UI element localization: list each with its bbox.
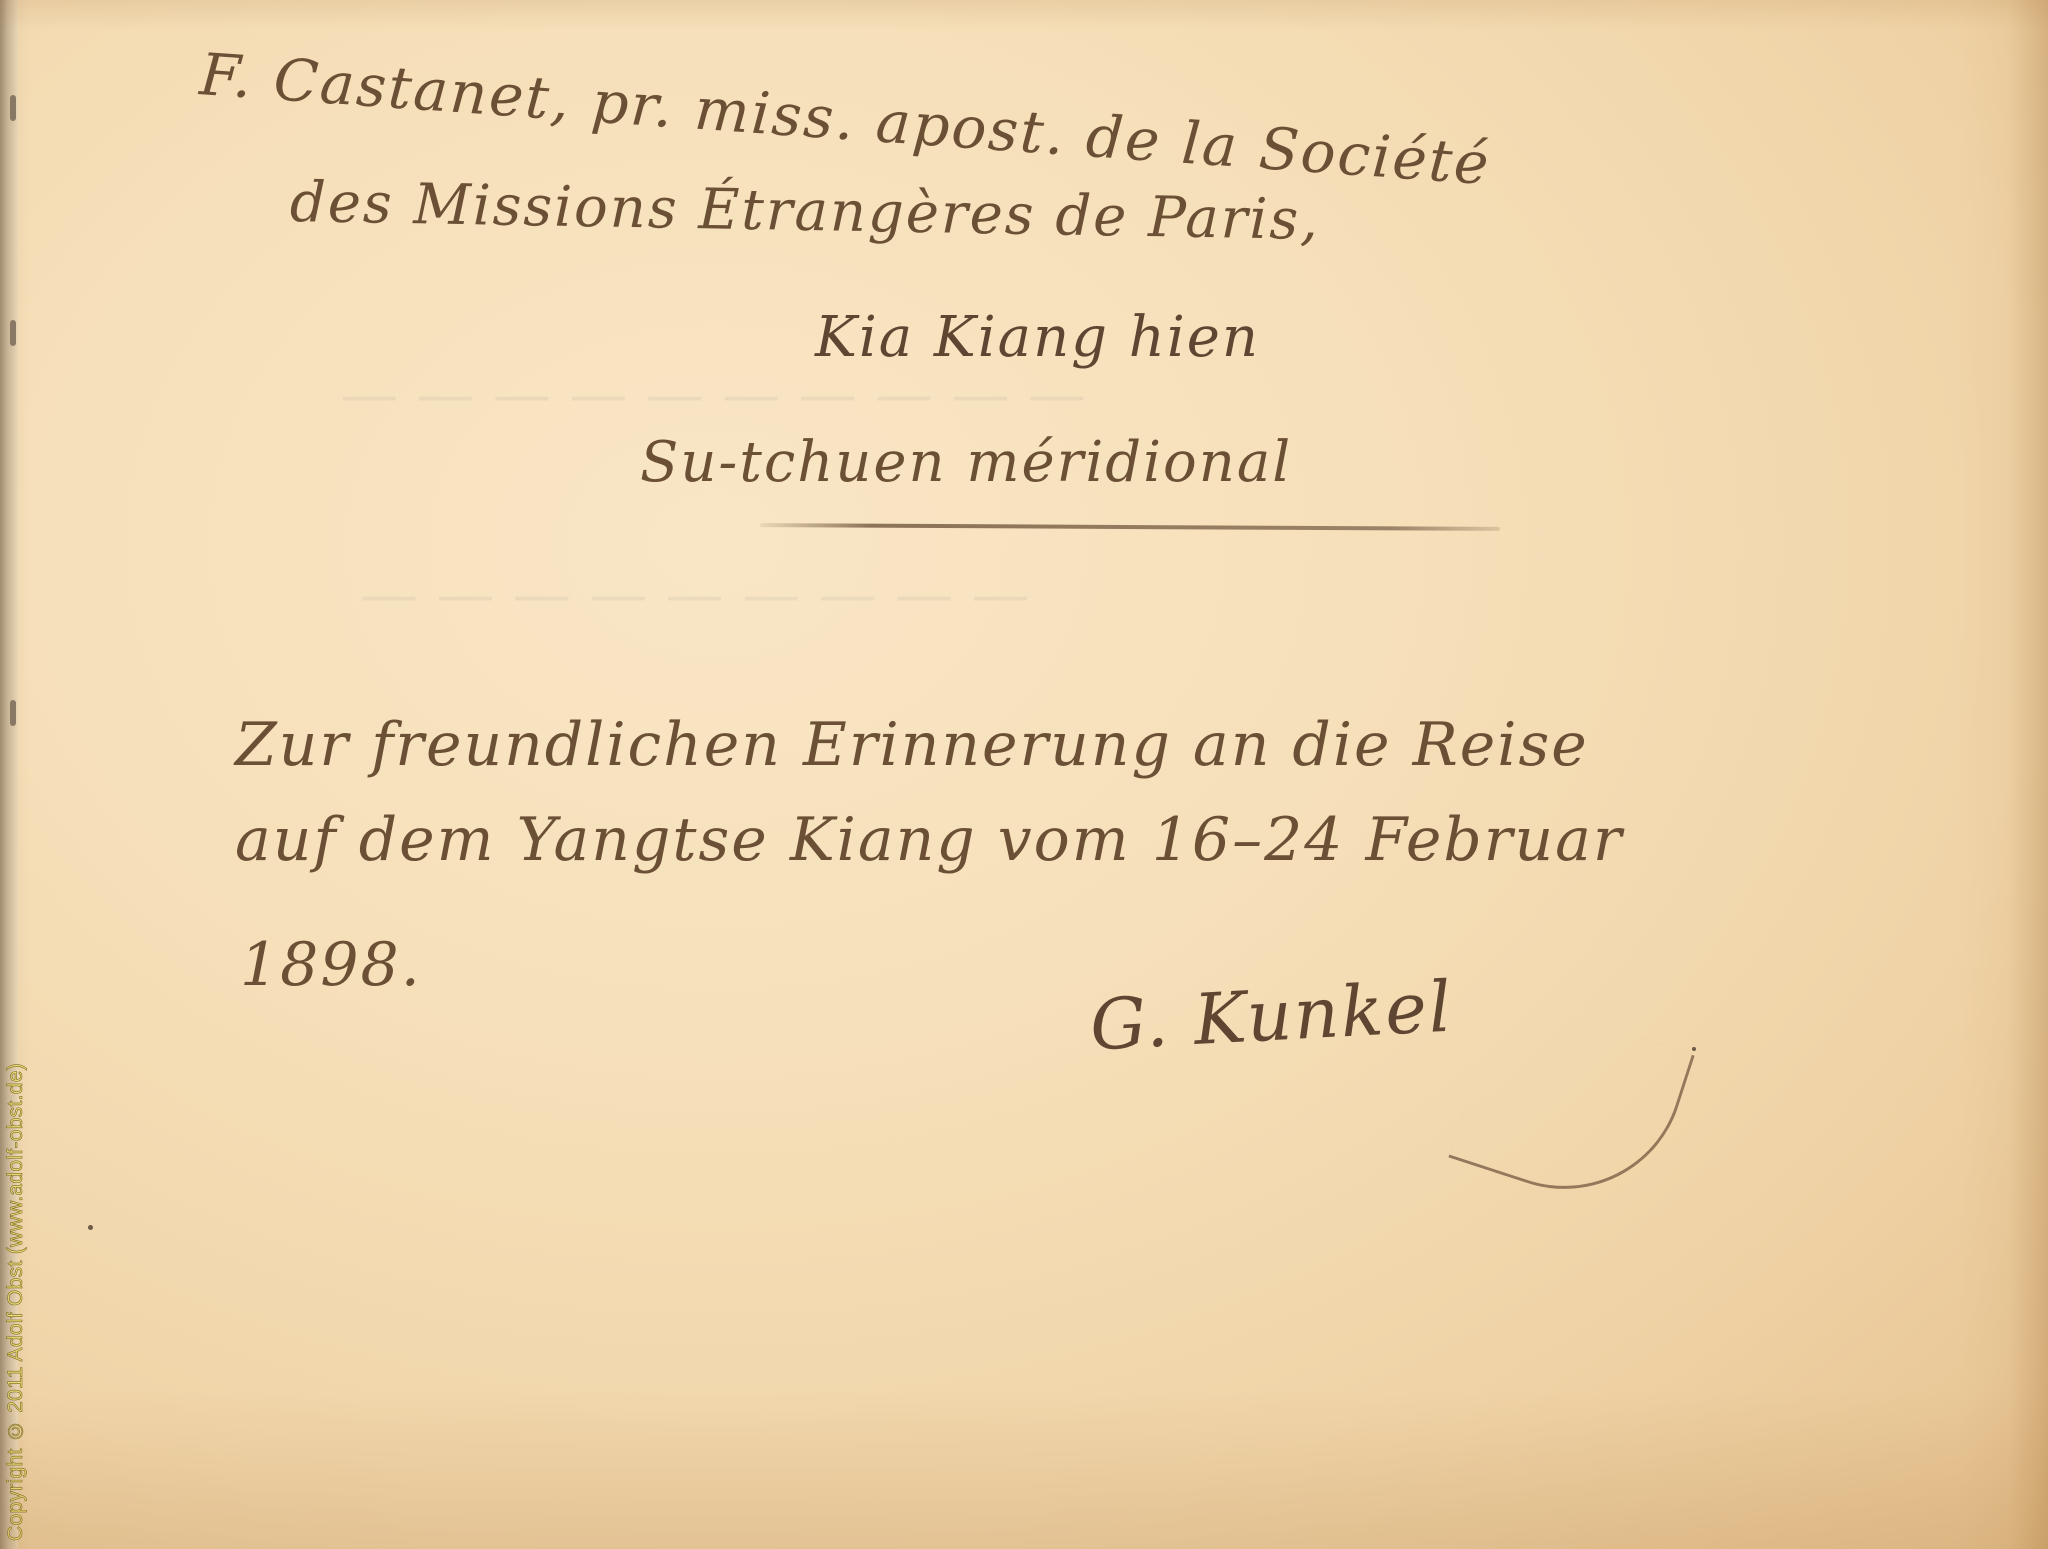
bleed-through-text: — — — — — — — — —: [360, 560, 1030, 628]
german-line-1: Zur freundlichen Erinnerung an die Reise: [235, 710, 1589, 780]
copyright-watermark: Copyright © 2011 Adolf Obst (www.adolf-o…: [4, 1063, 28, 1541]
ink-speck: [1692, 1047, 1696, 1051]
french-line-4: Su-tchuen méridional: [640, 430, 1292, 495]
binding-stitch: [10, 320, 16, 346]
binding-stitch: [10, 95, 16, 121]
binding-stitch: [10, 700, 16, 726]
ink-speck: [88, 1225, 93, 1230]
signature: G. Kunkel: [1088, 966, 1455, 1067]
french-line-3: Kia Kiang hien: [815, 305, 1260, 370]
german-line-2: auf dem Yangtse Kiang vom 16–24 Februar: [235, 805, 1624, 875]
bleed-through-text: — — — — — — — — — —: [340, 360, 1086, 428]
underline-flourish: [760, 523, 1500, 531]
german-line-3: 1898.: [240, 930, 422, 1000]
french-line-2: des Missions Étrangères de Paris,: [289, 170, 1320, 253]
album-page: — — — — — — — — — — — — — — — — — — — F.…: [0, 0, 2048, 1549]
signature-flourish: [1448, 993, 1695, 1220]
